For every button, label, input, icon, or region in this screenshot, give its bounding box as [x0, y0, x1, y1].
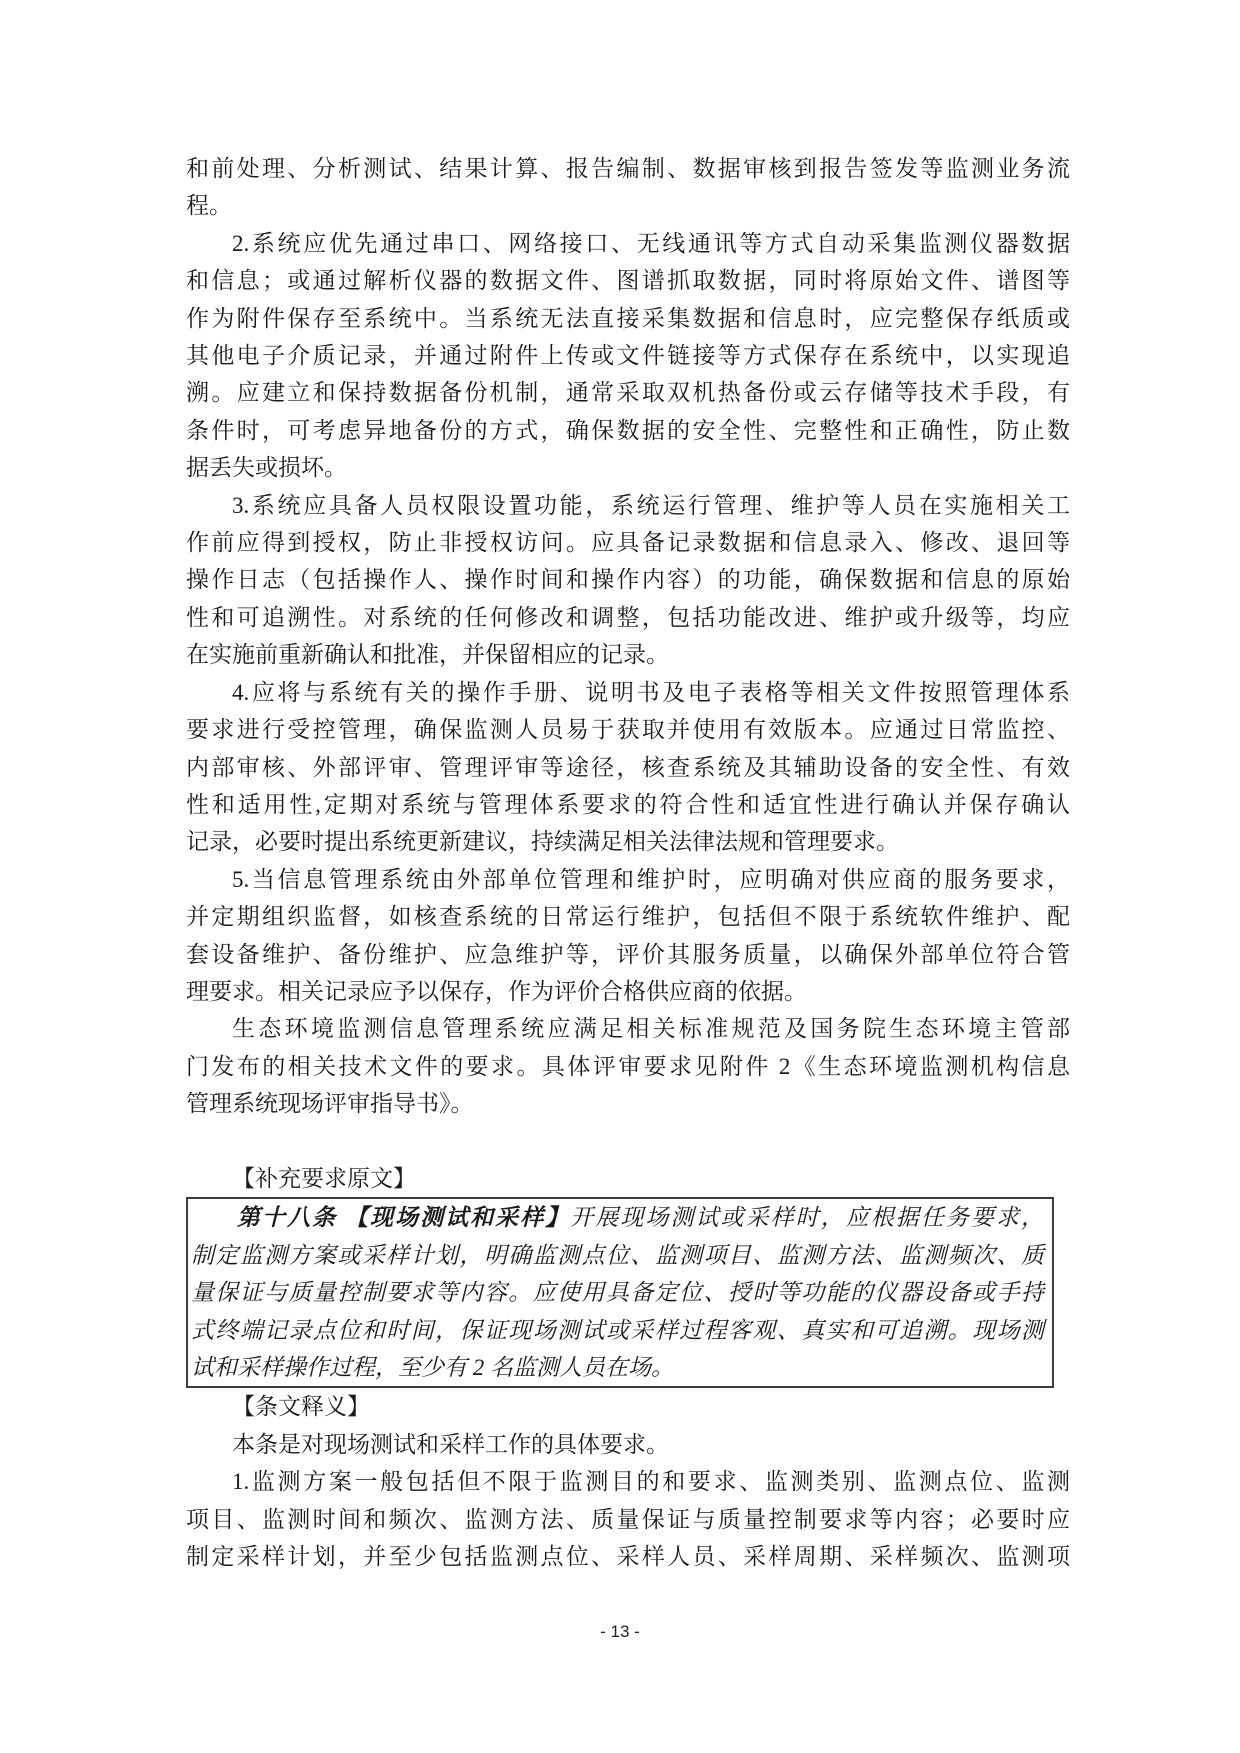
text-line: 生态环境监测信息管理系统应满足相关标准规范及国务院生态环境主管部: [186, 1010, 1070, 1047]
text-line: 操作日志（包括操作人、操作时间和操作内容）的功能，确保数据和信息的原始: [186, 561, 1070, 598]
interpretation-item-1-paragraph: 1.监测方案一般包括但不限于监测目的和要求、监测类别、监测点位、监测项目、监测时…: [186, 1463, 1070, 1575]
article-body-text: 开展现场测试或采样时，应根据任务要求，: [570, 1205, 1044, 1230]
page-number: - 13 -: [0, 1622, 1240, 1642]
document-page: 和前处理、分析测试、结果计算、报告编制、数据审核到报告签发等监测业务流程。2.系…: [0, 0, 1240, 1753]
interpretation-heading: 【条文释义】: [186, 1388, 1070, 1425]
text-line: 5.当信息管理系统由外部单位管理和维护时，应明确对供应商的服务要求，: [186, 861, 1070, 898]
text-line: 其他电子介质记录，并通过附件上传或文件链接等方式保存在系统中，以实现追: [186, 337, 1070, 374]
text-line: 制定采样计划，并至少包括监测点位、采样人员、采样周期、采样频次、监测项: [186, 1538, 1070, 1575]
text-line: 3.系统应具备人员权限设置功能，系统运行管理、维护等人员在实施相关工: [186, 487, 1070, 524]
text-line: 据丢失或损坏。: [186, 449, 1070, 486]
text-line: 本条是对现场测试和采样工作的具体要求。: [186, 1426, 1070, 1463]
text-line: 套设备维护、备份维护、应急维护等，评价其服务质量，以确保外部单位符合管: [186, 936, 1070, 973]
text-line: 并定期组织监督，如核查系统的日常运行维护，包括但不限于系统软件维护、配: [186, 898, 1070, 935]
article-title-bold-text: 第十八条 【现场测试和采样】: [237, 1205, 570, 1230]
item-4-paragraph: 4.应将与系统有关的操作手册、说明书及电子表格等相关文件按照管理体系要求进行受控…: [186, 674, 1070, 861]
text-line: 性和可追溯性。对系统的任何修改和调整，包括功能改进、维护或升级等，均应: [186, 599, 1070, 636]
text-line: 溯。应建立和保持数据备份机制，通常采取双机热备份或云存储等技术手段，有: [186, 374, 1070, 411]
text-line: 2.系统应优先通过串口、网络接口、无线通讯等方式自动采集监测仪器数据: [186, 225, 1070, 262]
text-line: 程。: [186, 187, 1070, 224]
text-line: 制定监测方案或采样计划，明确监测点位、监测项目、监测方法、监测频次、质: [191, 1237, 1044, 1274]
item-3-paragraph: 3.系统应具备人员权限设置功能，系统运行管理、维护等人员在实施相关工作前应得到授…: [186, 487, 1070, 674]
text-line: 要求进行受控管理，确保监测人员易于获取并使用有效版本。应通过日常监控、: [186, 711, 1070, 748]
text-line: 作为附件保存至系统中。当系统无法直接采集数据和信息时，应完整保存纸质或: [186, 300, 1070, 337]
text-line: 试和采样操作过程，至少有 2 名监测人员在场。: [191, 1349, 1044, 1386]
text-line: 理要求。相关记录应予以保存，作为评价合格供应商的依据。: [186, 973, 1070, 1010]
text-line: 作前应得到授权，防止非授权访问。应具备记录数据和信息录入、修改、退回等: [186, 524, 1070, 561]
text-line: 内部审核、外部评审、管理评审等途径，核查系统及其辅助设备的安全性、有效: [186, 749, 1070, 786]
interpretation-heading-text: 【条文释义】: [186, 1388, 1070, 1425]
supplement-heading-text: 【补充要求原文】: [186, 1160, 1070, 1197]
supplement-heading: 【补充要求原文】: [186, 1160, 1070, 1197]
text-line: 门发布的相关技术文件的要求。具体评审要求见附件 2《生态环境监测机构信息: [186, 1048, 1070, 1085]
text-line: 记录，必要时提出系统更新建议，持续满足相关法律法规和管理要求。: [186, 823, 1070, 860]
text-line: 量保证与质量控制要求等内容。应使用具备定位、授时等功能的仪器设备或手持: [191, 1274, 1044, 1311]
text-line: 条件时，可考虑异地备份的方式，确保数据的安全性、完整性和正确性，防止数: [186, 412, 1070, 449]
text-line: 在实施前重新确认和批准，并保留相应的记录。: [186, 636, 1070, 673]
article-18-lead-line: 第十八条 【现场测试和采样】开展现场测试或采样时，应根据任务要求，: [191, 1199, 1044, 1236]
text-line: 性和适用性,定期对系统与管理体系要求的符合性和适宜性进行确认并保存确认: [186, 786, 1070, 823]
item-5-paragraph: 5.当信息管理系统由外部单位管理和维护时，应明确对供应商的服务要求，并定期组织监…: [186, 861, 1070, 1011]
text-line: 管理系统现场评审指导书》。: [186, 1085, 1070, 1122]
text-line: 4.应将与系统有关的操作手册、说明书及电子表格等相关文件按照管理体系: [186, 674, 1070, 711]
text-line: 和前处理、分析测试、结果计算、报告编制、数据审核到报告签发等监测业务流: [186, 150, 1070, 187]
text-line: 和信息；或通过解析仪器的数据文件、图谱抓取数据，同时将原始文件、谱图等: [186, 262, 1070, 299]
interpretation-intro-paragraph: 本条是对现场测试和采样工作的具体要求。: [186, 1426, 1070, 1463]
article-18-box: 第十八条 【现场测试和采样】开展现场测试或采样时，应根据任务要求，制定监测方案或…: [186, 1197, 1054, 1388]
closing-paragraph: 生态环境监测信息管理系统应满足相关标准规范及国务院生态环境主管部门发布的相关技术…: [186, 1010, 1070, 1122]
continuation-paragraph: 和前处理、分析测试、结果计算、报告编制、数据审核到报告签发等监测业务流程。: [186, 150, 1070, 225]
page-body: 和前处理、分析测试、结果计算、报告编制、数据审核到报告签发等监测业务流程。2.系…: [186, 150, 1070, 1575]
item-2-paragraph: 2.系统应优先通过串口、网络接口、无线通讯等方式自动采集监测仪器数据和信息；或通…: [186, 225, 1070, 487]
text-line: 1.监测方案一般包括但不限于监测目的和要求、监测类别、监测点位、监测: [186, 1463, 1070, 1500]
blank-line: [186, 1123, 1070, 1160]
text-line: 项目、监测时间和频次、监测方法、质量保证与质量控制要求等内容；必要时应: [186, 1501, 1070, 1538]
text-line: 式终端记录点位和时间，保证现场测试或采样过程客观、真实和可追溯。现场测: [191, 1312, 1044, 1349]
